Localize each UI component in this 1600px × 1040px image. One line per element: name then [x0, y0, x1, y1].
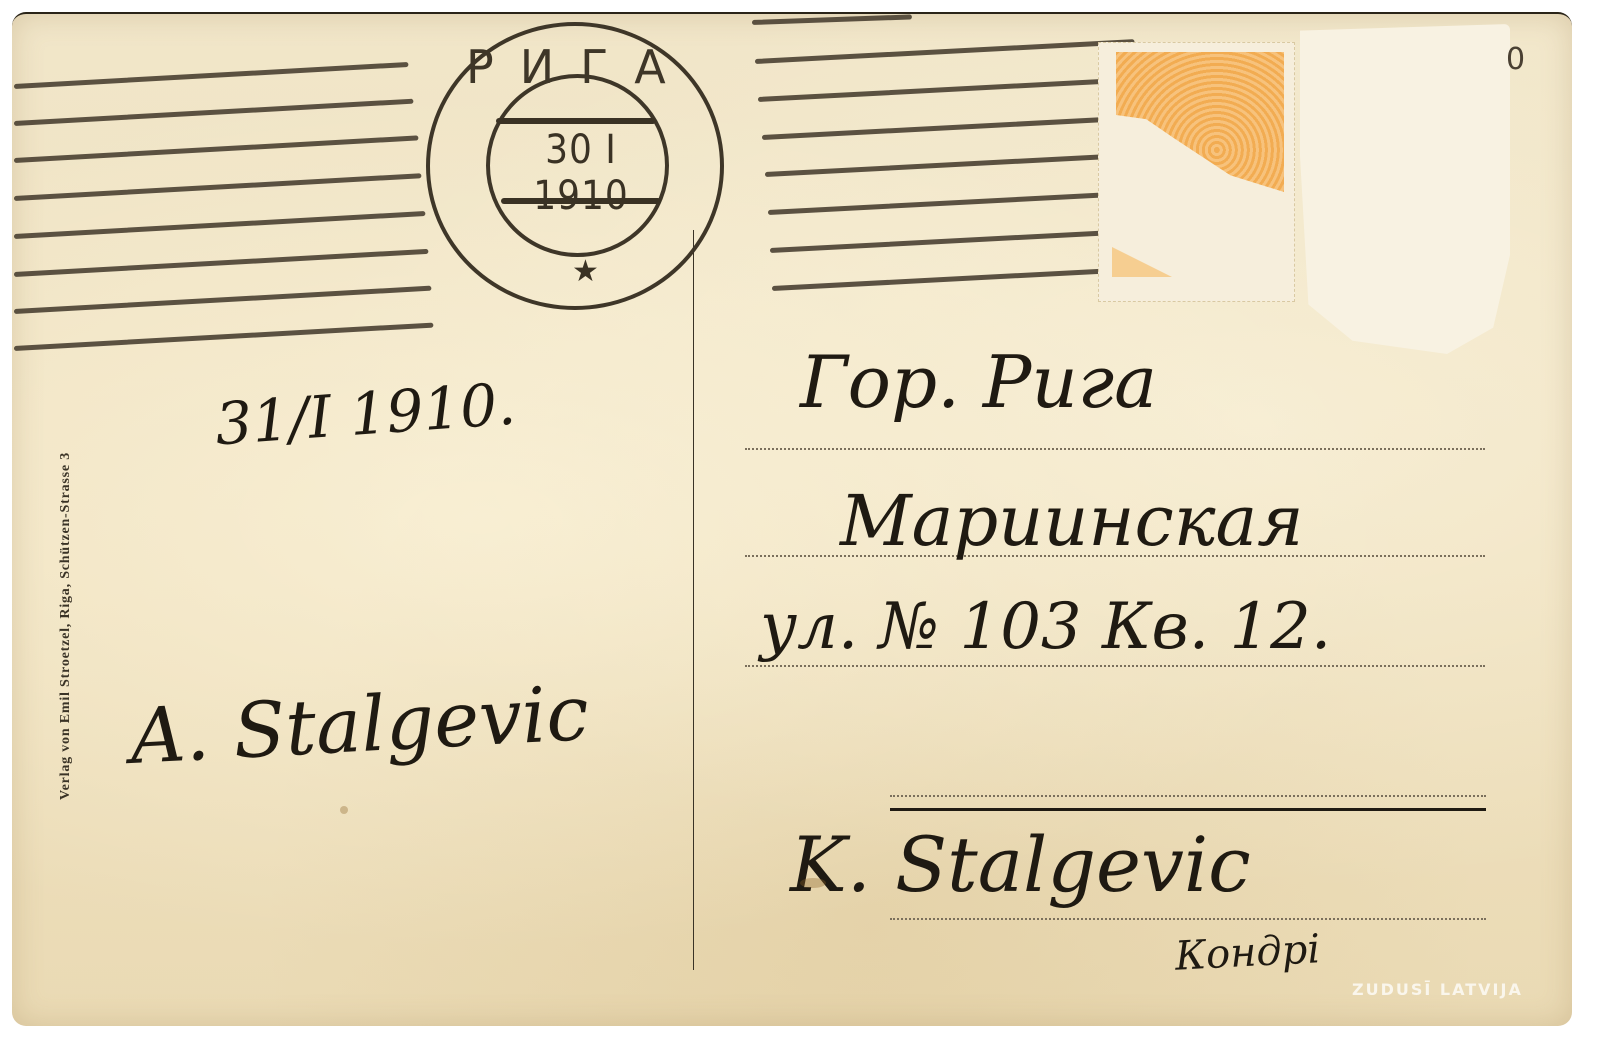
watermark: ZUDUSĪ LATVIJA — [1352, 980, 1523, 999]
postmark: РИГА 30 I 1910 ★ — [426, 22, 726, 312]
address-line-4 — [890, 795, 1486, 797]
publisher-imprint: Verlag von Emil Stroetzel, Riga, Schütze… — [58, 452, 74, 800]
address-line-3 — [745, 665, 1485, 667]
address-city: Гор. Рига — [800, 340, 1157, 424]
postmark-city: РИГА — [466, 40, 686, 94]
recipient-name: K. Stalgevic — [790, 820, 1251, 909]
stain-spot — [800, 878, 826, 888]
star-icon: ★ — [572, 254, 599, 289]
address-number: ул. № 103 Кв. 12. — [760, 590, 1331, 664]
address-street: Мариинская — [840, 480, 1304, 562]
postmark-bar-top — [496, 118, 656, 124]
recipient-note: Кондрі — [1174, 926, 1321, 980]
address-solid-line — [890, 808, 1486, 811]
postage-stamp — [1098, 42, 1298, 304]
torn-paper-area — [1300, 24, 1510, 354]
address-line-5 — [890, 918, 1486, 920]
postmark-bar-bottom — [501, 198, 661, 204]
partial-postmark-digit: 0 — [1506, 42, 1525, 77]
stain-spot — [340, 806, 348, 814]
center-divider-line — [693, 230, 694, 970]
address-line-1 — [745, 448, 1485, 450]
postmark-date: 30 I 1910 — [496, 127, 666, 219]
